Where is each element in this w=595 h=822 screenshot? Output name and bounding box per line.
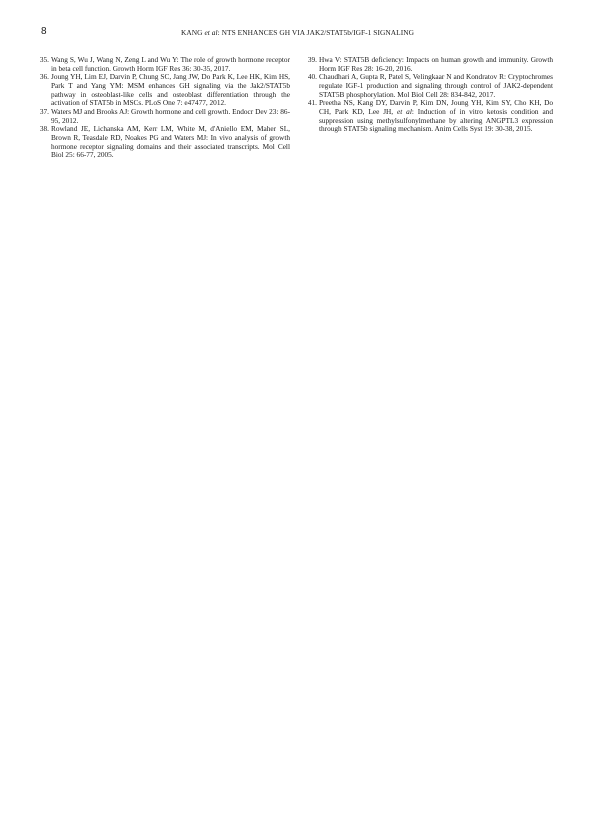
reference-number: 39. bbox=[304, 56, 317, 65]
references-left-column: 35. Wang S, Wu J, Wang N, Zeng L and Wu … bbox=[36, 56, 290, 160]
reference-38: 38. Rowland JE, Lichanska AM, Kerr LM, W… bbox=[36, 125, 290, 160]
reference-number: 35. bbox=[36, 56, 49, 65]
reference-text: Joung YH, Lim EJ, Darvin P, Chung SC, Ja… bbox=[51, 72, 290, 107]
reference-text: Rowland JE, Lichanska AM, Kerr LM, White… bbox=[51, 124, 290, 159]
running-head-author: KANG bbox=[181, 28, 204, 37]
reference-number: 38. bbox=[36, 125, 49, 134]
reference-number: 40. bbox=[304, 73, 317, 82]
running-head-title: : NTS ENHANCES GH VIA JAK2/STAT5b/IGF-1 … bbox=[218, 28, 414, 37]
reference-41: 41. Preetha NS, Kang DY, Darvin P, Kim D… bbox=[304, 99, 553, 134]
references-right-column: 39. Hwa V: STAT5B deficiency: Impacts on… bbox=[304, 56, 553, 134]
reference-number: 36. bbox=[36, 73, 49, 82]
reference-text: Hwa V: STAT5B deficiency: Impacts on hum… bbox=[319, 55, 553, 73]
running-head-et-al: et al bbox=[204, 28, 217, 37]
reference-35: 35. Wang S, Wu J, Wang N, Zeng L and Wu … bbox=[36, 56, 290, 73]
reference-number: 41. bbox=[304, 99, 317, 108]
reference-37: 37. Waters MJ and Brooks AJ: Growth horm… bbox=[36, 108, 290, 125]
reference-text: Preetha NS, Kang DY, Darvin P, Kim DN, J… bbox=[319, 98, 553, 133]
reference-number: 37. bbox=[36, 108, 49, 117]
reference-et-al: et al bbox=[397, 107, 412, 116]
reference-text: Wang S, Wu J, Wang N, Zeng L and Wu Y: T… bbox=[51, 55, 290, 73]
reference-text: Waters MJ and Brooks AJ: Growth hormone … bbox=[51, 107, 290, 125]
reference-36: 36. Joung YH, Lim EJ, Darvin P, Chung SC… bbox=[36, 73, 290, 108]
reference-40: 40. Chaudhari A, Gupta R, Patel S, Velin… bbox=[304, 73, 553, 99]
running-head: KANG et al: NTS ENHANCES GH VIA JAK2/STA… bbox=[0, 28, 595, 37]
reference-39: 39. Hwa V: STAT5B deficiency: Impacts on… bbox=[304, 56, 553, 73]
reference-text: Chaudhari A, Gupta R, Patel S, Velingkaa… bbox=[319, 72, 553, 98]
